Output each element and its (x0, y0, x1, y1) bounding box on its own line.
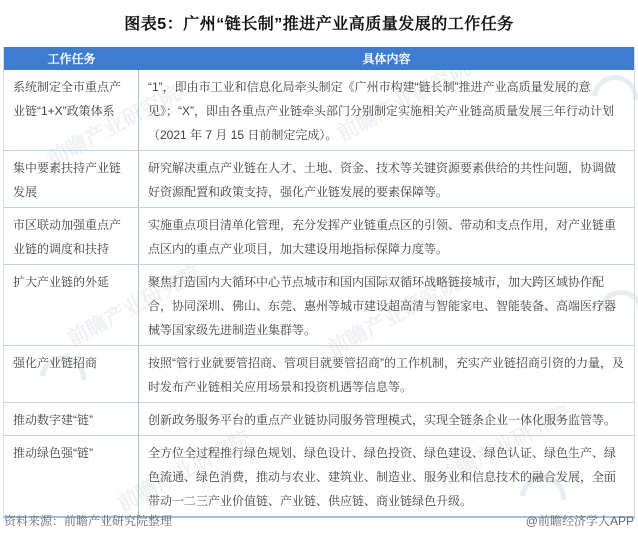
figure-footer: 资料来源：前瞻产业研究院整理 @前瞻经济学人APP (4, 512, 634, 529)
table-row: 强化产业链招商 按照“管行业就要管招商、管项目就要管招商”的工作机制，充实产业链… (4, 346, 634, 403)
table-row: 市区联动加强重点产业链的调度和扶持 实施重点项目清单化管理，充分发挥产业链重点区… (4, 208, 634, 265)
column-header-task: 工作任务 (4, 50, 139, 67)
content-cell: 实施重点项目清单化管理，充分发挥产业链重点区的引领、带动和支点作用，对产业链重点… (139, 208, 634, 264)
content-cell: 研究解决重点产业链在人才、土地、资金、技术等关键资源要素供给的共性问题，协调做好… (139, 151, 634, 207)
table-row: 推动数字建“链” 创新政务服务平台的重点产业链协同服务管理模式，实现全链条企业一… (4, 403, 634, 436)
work-task-table: 工作任务 具体内容 系统制定全市重点产业链“1+X”政策体系 “1”，即由市工业… (3, 47, 635, 518)
content-cell: 按照“管行业就要管招商、管项目就要管招商”的工作机制，充实产业链招商引资的力量，… (139, 346, 634, 402)
table-header-row: 工作任务 具体内容 (4, 47, 634, 70)
content-cell: 创新政务服务平台的重点产业链协同服务管理模式，实现全链条企业一体化服务监管等。 (139, 403, 634, 435)
report-figure-page: 前瞻产业研究院 前瞻产业研究院 前瞻产业研究院 前瞻产业研究院 前瞻产业研究院 … (0, 0, 638, 539)
app-credit: @前瞻经济学人APP (526, 512, 634, 529)
task-cell: 推动数字建“链” (4, 403, 139, 435)
table-row: 系统制定全市重点产业链“1+X”政策体系 “1”，即由市工业和信息化局牵头制定《… (4, 70, 634, 151)
table-row: 集中要素扶持产业链发展 研究解决重点产业链在人才、土地、资金、技术等关键资源要素… (4, 151, 634, 208)
task-cell: 集中要素扶持产业链发展 (4, 151, 139, 207)
table-row: 推动绿色强“链” 全方位全过程推行绿色规划、绿色设计、绿色投资、绿色建设、绿色认… (4, 436, 634, 516)
table-body: 系统制定全市重点产业链“1+X”政策体系 “1”，即由市工业和信息化局牵头制定《… (4, 70, 634, 516)
content-cell: “1”，即由市工业和信息化局牵头制定《广州市构建“链长制”推进产业高质量发展的意… (139, 70, 634, 150)
task-cell: 推动绿色强“链” (4, 436, 139, 516)
task-cell: 扩大产业链的外延 (4, 265, 139, 345)
column-header-content: 具体内容 (139, 50, 634, 67)
figure-title: 图表5：广州“链长制”推进产业高质量发展的工作任务 (0, 11, 638, 34)
content-cell: 聚焦打造国内大循环中心节点城市和国内国际双循环战略链接城市，加大跨区域协作配合，… (139, 265, 634, 345)
task-cell: 市区联动加强重点产业链的调度和扶持 (4, 208, 139, 264)
table-row: 扩大产业链的外延 聚焦打造国内大循环中心节点城市和国内国际双循环战略链接城市，加… (4, 265, 634, 346)
task-cell: 强化产业链招商 (4, 346, 139, 402)
task-cell: 系统制定全市重点产业链“1+X”政策体系 (4, 70, 139, 150)
source-note: 资料来源：前瞻产业研究院整理 (4, 512, 172, 529)
content-cell: 全方位全过程推行绿色规划、绿色设计、绿色投资、绿色建设、绿色认证、绿色生产、绿色… (139, 436, 634, 516)
